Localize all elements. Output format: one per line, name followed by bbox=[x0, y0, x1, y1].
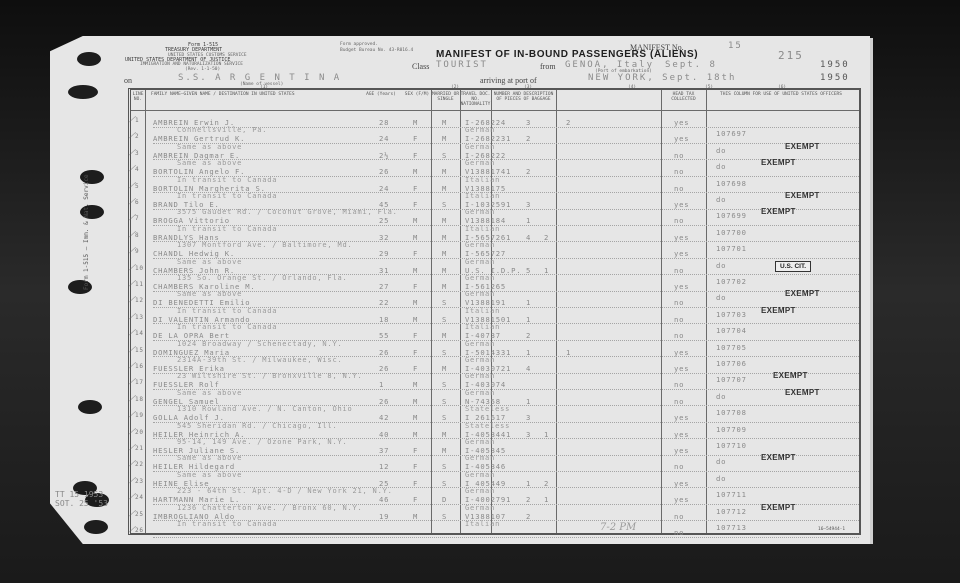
official-number: do bbox=[716, 457, 726, 466]
line-number: 20 bbox=[135, 429, 144, 436]
destination: In transit to Canada bbox=[177, 307, 277, 315]
class-label: Class bbox=[412, 62, 429, 71]
nationality: German bbox=[465, 340, 495, 348]
nationality: German bbox=[465, 258, 495, 266]
destination: In transit to Canada bbox=[177, 323, 277, 331]
punch-hole bbox=[84, 520, 108, 534]
nationality: Italian bbox=[465, 225, 500, 233]
nationality: German bbox=[465, 438, 495, 446]
official-number: 107707 bbox=[716, 375, 747, 384]
line-number: 23 bbox=[135, 478, 144, 485]
destination: Same as above bbox=[177, 454, 242, 462]
line-number: 2 bbox=[135, 133, 139, 140]
bottom-stamp: TT 15 1953 SOT. 25 '53 bbox=[55, 490, 108, 508]
check-mark-icon: ⟋ bbox=[129, 279, 135, 289]
col-header-marital: MARRIED OR SINGLE bbox=[431, 92, 460, 102]
from-label: from bbox=[540, 62, 556, 71]
official-number: 107708 bbox=[716, 408, 747, 417]
destination: 545 Sheridan Rd. / Chicago, Ill. bbox=[177, 422, 337, 430]
destination: 1024 Broadway / Schenectady, N.Y. bbox=[177, 340, 342, 348]
nationality: German bbox=[465, 504, 495, 512]
exempt-stamp: EXEMPT bbox=[785, 191, 820, 200]
col-header-name: FAMILY NAME—GIVEN NAME / DESTINATION IN … bbox=[151, 92, 331, 97]
on-label: on bbox=[124, 76, 132, 85]
line-number: 13 bbox=[135, 314, 144, 321]
official-number: do bbox=[716, 146, 726, 155]
punch-hole bbox=[68, 85, 98, 99]
exempt-stamp: EXEMPT bbox=[785, 142, 820, 151]
destination: Same as above bbox=[177, 389, 242, 397]
destination: Same as above bbox=[177, 290, 242, 298]
official-number: do bbox=[716, 293, 726, 302]
nationality: German bbox=[465, 159, 495, 167]
exempt-stamp: EXEMPT bbox=[785, 388, 820, 397]
table-row: 3Same as aboveAMBREIN Dagmar E.2½FSGerma… bbox=[131, 144, 859, 161]
stamp-line-1: TT 15 1953 bbox=[55, 490, 108, 499]
table-row: 162314A-39th St. / Milwaukee, Wisc.FUESS… bbox=[131, 357, 859, 374]
destination: 135 So. Orange St. / Orlando, Fla. bbox=[177, 274, 348, 282]
check-mark-icon: ⟋ bbox=[129, 525, 135, 535]
official-number: 107699 bbox=[716, 211, 747, 220]
budget-bureau: Budget Bureau No. 43-R016.4 bbox=[340, 48, 413, 53]
page-number: 215 bbox=[778, 49, 804, 62]
table-row: 151024 Broadway / Schenectady, N.Y.DOMIN… bbox=[131, 341, 859, 358]
line-number: 1 bbox=[135, 117, 139, 124]
table-row: 5In transit to CanadaBORTOLIN Margherita… bbox=[131, 177, 859, 194]
check-mark-icon: ⟋ bbox=[129, 459, 135, 469]
nationality: German bbox=[465, 290, 495, 298]
official-number: 107713 bbox=[716, 523, 747, 532]
check-mark-icon: ⟋ bbox=[129, 476, 135, 486]
official-number: 107705 bbox=[716, 343, 747, 352]
table-row: 14In transit to CanadaDE LA OPRA Bert55F… bbox=[131, 324, 859, 341]
line-number: 21 bbox=[135, 445, 144, 452]
nationality: German bbox=[465, 487, 495, 495]
nationality: Italian bbox=[465, 520, 500, 528]
passenger-table: LINE NO. FAMILY NAME—GIVEN NAME / DESTIN… bbox=[128, 88, 861, 535]
check-mark-icon: ⟋ bbox=[129, 377, 135, 387]
nationality: German bbox=[465, 241, 495, 249]
line-number: 16 bbox=[135, 363, 144, 370]
table-row: 22Same as aboveHEILER Hildegard12FSGerma… bbox=[131, 455, 859, 472]
table-row: 73575 Gaudet Rd. / Coconut Grove, Miami,… bbox=[131, 209, 859, 226]
side-stamp: Form 1-515 — Imm. & Nat. Service bbox=[83, 110, 95, 290]
class-value: TOURIST bbox=[436, 60, 488, 70]
official-number: 107701 bbox=[716, 244, 747, 253]
destination: 223 - 64th St. Apt. 4-D / New York 21, N… bbox=[177, 487, 393, 495]
col-header-official-use: THIS COLUMN FOR USE OF UNITED STATES OFF… bbox=[711, 92, 851, 97]
check-mark-icon: ⟋ bbox=[129, 115, 135, 125]
line-number: 5 bbox=[135, 183, 139, 190]
nationality: Italian bbox=[465, 307, 500, 315]
table-row: 12Same as aboveDI BENEDETTI Emilio22MSGe… bbox=[131, 291, 859, 308]
form-approval: Form approved. bbox=[340, 42, 378, 47]
exempt-stamp: EXEMPT bbox=[761, 453, 796, 462]
line-number: 18 bbox=[135, 396, 144, 403]
exempt-stamp: EXEMPT bbox=[761, 306, 796, 315]
table-row: 6In transit to CanadaBRAND Tilo E.45FSIt… bbox=[131, 193, 859, 210]
destination: In transit to Canada bbox=[177, 192, 277, 200]
line-number: 9 bbox=[135, 248, 139, 255]
official-number: 107706 bbox=[716, 359, 747, 368]
nationality: German bbox=[465, 274, 495, 282]
table-row: 251236 Chatterton Ave. / Bronx 60, N.Y.I… bbox=[131, 505, 859, 522]
destination: 23 Wiltshire St. / Bronxville 8, N.Y. bbox=[177, 372, 363, 380]
exempt-stamp: EXEMPT bbox=[785, 289, 820, 298]
official-number: 107711 bbox=[716, 490, 747, 499]
check-mark-icon: ⟋ bbox=[129, 246, 135, 256]
destination: 95-14, 149 Ave. / Ozone Park, N.Y. bbox=[177, 438, 348, 446]
official-number: do bbox=[716, 261, 726, 270]
col-header-age: AGE (Years) bbox=[361, 92, 401, 97]
table-row: 20545 Sheridan Rd. / Chicago, Ill.HEILER… bbox=[131, 423, 859, 440]
destination: Same as above bbox=[177, 143, 242, 151]
table-row: 18Same as aboveGENGEL Samuel26MSGermanN-… bbox=[131, 390, 859, 407]
line-number: 17 bbox=[135, 379, 144, 386]
official-number: do bbox=[716, 474, 726, 483]
embark-year: 1950 bbox=[820, 60, 850, 70]
col-header-travel-doc: TRAVEL DOC. NO. NATIONALITY bbox=[460, 92, 491, 107]
official-number: 107710 bbox=[716, 441, 747, 450]
nationality: German bbox=[465, 126, 495, 134]
check-mark-icon: ⟋ bbox=[129, 361, 135, 371]
exempt-stamp: EXEMPT bbox=[761, 158, 796, 167]
check-mark-icon: ⟋ bbox=[129, 148, 135, 158]
line-number: 4 bbox=[135, 166, 139, 173]
table-row: 4Same as aboveBORTOLIN Angelo F.26MMGerm… bbox=[131, 160, 859, 177]
official-number: 107703 bbox=[716, 310, 747, 319]
col-header-line: LINE NO. bbox=[131, 92, 145, 102]
check-mark-icon: ⟋ bbox=[129, 410, 135, 420]
destination: 1236 Chatterton Ave. / Bronx 60, N.Y. bbox=[177, 504, 363, 512]
nationality: German bbox=[465, 208, 495, 216]
exempt-stamp: EXEMPT bbox=[761, 207, 796, 216]
table-row: 13In transit to CanadaDI VALENTIN Armand… bbox=[131, 308, 859, 325]
check-mark-icon: ⟋ bbox=[129, 443, 135, 453]
line-number: 26 bbox=[135, 527, 144, 534]
check-mark-icon: ⟋ bbox=[129, 263, 135, 273]
line-number: 22 bbox=[135, 461, 144, 468]
table-row: 2195-14, 149 Ave. / Ozone Park, N.Y.HESL… bbox=[131, 439, 859, 456]
official-number: do bbox=[716, 392, 726, 401]
table-row: 1AMBREIN Erwin J.28MMI-26822432yes⟋ bbox=[131, 111, 859, 128]
handwritten-signature: 7-2 PM bbox=[600, 522, 636, 533]
official-number: do bbox=[716, 162, 726, 171]
embark-date: Sept. 8 bbox=[665, 60, 717, 70]
nationality: German bbox=[465, 143, 495, 151]
nationality: Italian bbox=[465, 176, 500, 184]
nationality: Italian bbox=[465, 323, 500, 331]
check-mark-icon: ⟋ bbox=[129, 492, 135, 502]
check-mark-icon: ⟋ bbox=[129, 345, 135, 355]
col-header-baggage: NUMBER AND DESCRIPTION OF PIECES OF BAGG… bbox=[491, 92, 556, 102]
check-mark-icon: ⟋ bbox=[129, 213, 135, 223]
nationality: German bbox=[465, 471, 495, 479]
page-title: MANIFEST OF IN-BOUND PASSENGERS (ALIENS) bbox=[436, 49, 698, 60]
punch-hole bbox=[78, 400, 102, 414]
table-row: 1723 Wiltshire St. / Bronxville 8, N.Y.F… bbox=[131, 373, 859, 390]
table-row: 26In transit to CanadaItalianno107713⟋ bbox=[131, 521, 859, 538]
check-mark-icon: ⟋ bbox=[129, 312, 135, 322]
check-mark-icon: ⟋ bbox=[129, 427, 135, 437]
table-row: 91307 Montford Ave. / Baltimore, Md.CHAN… bbox=[131, 242, 859, 259]
destination: 2314A-39th St. / Milwaukee, Wisc. bbox=[177, 356, 342, 364]
table-row: 191310 Rowland Ave. / N. Canton, OhioGOL… bbox=[131, 406, 859, 423]
line-number: 8 bbox=[135, 232, 139, 239]
destination: In transit to Canada bbox=[177, 520, 277, 528]
col-header-head-tax: HEAD TAX COLLECTED bbox=[661, 92, 706, 102]
nationality: German bbox=[465, 454, 495, 462]
official-number: 107697 bbox=[716, 129, 747, 138]
form-code: 16—54944-1 bbox=[818, 527, 845, 532]
destination: 1307 Montford Ave. / Baltimore, Md. bbox=[177, 241, 353, 249]
stamp-line-2: SOT. 25 '53 bbox=[55, 499, 108, 508]
official-number: 107700 bbox=[716, 228, 747, 237]
destination: Connellsville, Pa. bbox=[177, 126, 267, 134]
destination: 3575 Gaudet Rd. / Coconut Grove, Miami, … bbox=[177, 208, 398, 216]
exempt-stamp: EXEMPT bbox=[773, 371, 808, 380]
check-mark-icon: ⟋ bbox=[129, 509, 135, 519]
punch-hole bbox=[77, 52, 101, 66]
exempt-stamp: EXEMPT bbox=[761, 503, 796, 512]
line-number: 19 bbox=[135, 412, 144, 419]
nationality: German bbox=[465, 389, 495, 397]
official-number: 107702 bbox=[716, 277, 747, 286]
form-revision: (Rev. 1-1-50) bbox=[185, 67, 220, 72]
line-number: 3 bbox=[135, 150, 139, 157]
destination: Same as above bbox=[177, 258, 242, 266]
us-citizen-stamp: U.S. CIT. bbox=[775, 261, 811, 272]
arrival-port: NEW YORK, Sept. 18th bbox=[588, 73, 736, 83]
official-number: 107709 bbox=[716, 425, 747, 434]
destination: Same as above bbox=[177, 471, 242, 479]
official-number: do bbox=[716, 195, 726, 204]
destination: In transit to Canada bbox=[177, 176, 277, 184]
table-row: 2Connellsville, Pa.AMBREIN Gertrud K.24F… bbox=[131, 127, 859, 144]
nationality: Stateless bbox=[465, 422, 510, 430]
line-number: 12 bbox=[135, 297, 144, 304]
nationality: German bbox=[465, 372, 495, 380]
line-number: 15 bbox=[135, 347, 144, 354]
table-row: 10Same as aboveCHAMBERS John R.31MMGerma… bbox=[131, 259, 859, 276]
col-header-sex: SEX (F/M) bbox=[403, 92, 431, 97]
table-row: 24223 - 64th St. Apt. 4-D / New York 21,… bbox=[131, 488, 859, 505]
arrival-year: 1950 bbox=[820, 73, 850, 83]
official-number: 107712 bbox=[716, 507, 747, 516]
check-mark-icon: ⟋ bbox=[129, 181, 135, 191]
manifest-no-value: 15 bbox=[728, 41, 743, 51]
destination: In transit to Canada bbox=[177, 225, 277, 233]
table-row: 8In transit to CanadaBRANDLYS Hans32MMIt… bbox=[131, 226, 859, 243]
line-number: 6 bbox=[135, 199, 139, 206]
check-mark-icon: ⟋ bbox=[129, 164, 135, 174]
check-mark-icon: ⟋ bbox=[129, 131, 135, 141]
nationality: Italian bbox=[465, 192, 500, 200]
destination: 1310 Rowland Ave. / N. Canton, Ohio bbox=[177, 405, 353, 413]
line-number: 25 bbox=[135, 511, 144, 518]
table-row: 11135 So. Orange St. / Orlando, Fla.CHAM… bbox=[131, 275, 859, 292]
destination: Same as above bbox=[177, 159, 242, 167]
official-number: 107698 bbox=[716, 179, 747, 188]
official-number: 107704 bbox=[716, 326, 747, 335]
line-number: 11 bbox=[135, 281, 144, 288]
arriving-label: arriving at port of bbox=[480, 76, 537, 85]
line-number: 24 bbox=[135, 494, 144, 501]
check-mark-icon: ⟋ bbox=[129, 295, 135, 305]
table-row: 23Same as aboveHEINE Elise25FSGermanI 40… bbox=[131, 472, 859, 489]
line-number: 7 bbox=[135, 215, 139, 222]
check-mark-icon: ⟋ bbox=[129, 197, 135, 207]
line-number: 14 bbox=[135, 330, 144, 337]
nationality: German bbox=[465, 356, 495, 364]
check-mark-icon: ⟋ bbox=[129, 328, 135, 338]
line-number: 10 bbox=[135, 265, 144, 272]
nationality: Stateless bbox=[465, 405, 510, 413]
check-mark-icon: ⟋ bbox=[129, 230, 135, 240]
check-mark-icon: ⟋ bbox=[129, 394, 135, 404]
